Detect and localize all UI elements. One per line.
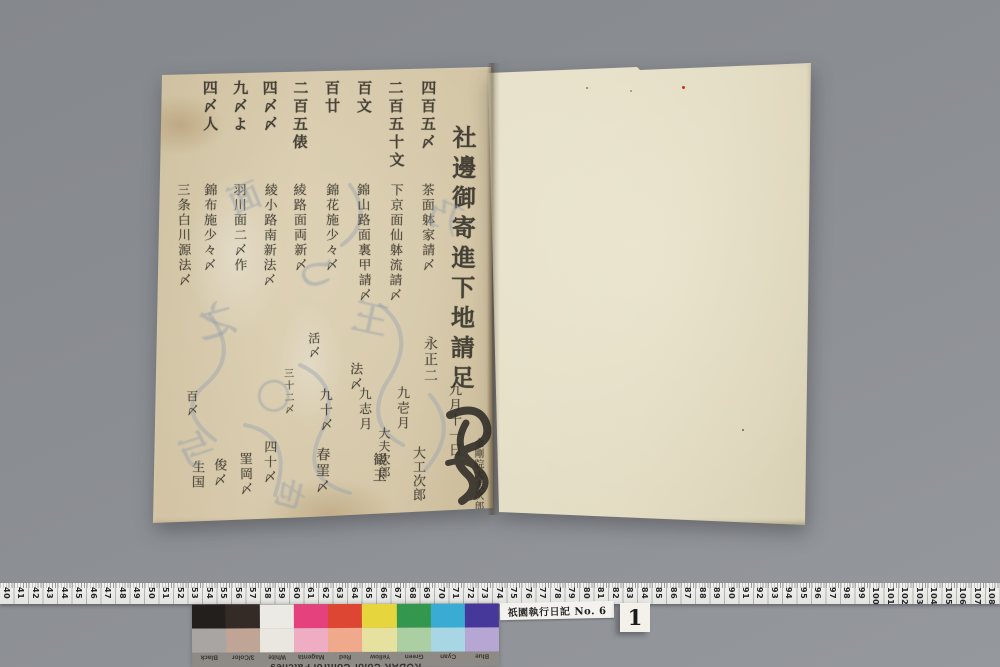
ruler-number: 103 bbox=[915, 587, 924, 605]
ruler-number: 94 bbox=[784, 587, 793, 599]
color-patch-white bbox=[260, 604, 294, 628]
page-number-card: 1 bbox=[620, 603, 650, 632]
manuscript-date-column: 九壱月 bbox=[395, 386, 408, 431]
manuscript-scatter-entry: 九十〆 bbox=[318, 388, 332, 433]
ruler-number: 55 bbox=[219, 587, 228, 599]
bleedthrough-ghost-mark: 之 bbox=[196, 296, 243, 343]
manuscript-scatter-entry: 九志月 bbox=[357, 387, 371, 432]
ruler-number: 50 bbox=[147, 587, 156, 599]
right-page-wrapper bbox=[487, 60, 813, 526]
kodak-color-strip: KODAK Color Control Patches Black3/Color… bbox=[192, 603, 499, 667]
color-patch-column bbox=[328, 604, 362, 652]
color-patch-label: Yellow bbox=[363, 652, 397, 661]
ruler-number: 46 bbox=[89, 587, 98, 599]
color-patch-label: Cyan bbox=[431, 651, 465, 660]
manuscript-entry-column: 三条白川源法〆 bbox=[175, 183, 190, 288]
manuscript-entry-column: 錦山路面裏甲請〆 bbox=[355, 183, 370, 303]
color-patch-row bbox=[192, 603, 499, 652]
ruler-number: 102 bbox=[900, 587, 909, 605]
measuring-ruler: 4041424344454647484950515253545556575859… bbox=[0, 583, 1000, 604]
color-patch-column bbox=[396, 604, 430, 652]
color-patch-green-tint bbox=[397, 628, 431, 652]
ruler-number: 99 bbox=[857, 587, 866, 599]
ruler-number: 53 bbox=[190, 587, 199, 599]
paper-speck bbox=[586, 87, 588, 89]
color-patch-column bbox=[362, 604, 396, 652]
color-patch-column bbox=[465, 603, 499, 651]
ruler-number: 89 bbox=[712, 587, 721, 599]
ruler-number: 41 bbox=[16, 587, 25, 599]
ruler-number: 95 bbox=[799, 587, 808, 599]
ruler-number: 66 bbox=[379, 587, 388, 599]
ruler-number: 63 bbox=[335, 587, 344, 599]
ruler-number: 62 bbox=[321, 587, 330, 599]
ruler-number: 52 bbox=[176, 587, 185, 599]
color-patch-red bbox=[328, 604, 362, 628]
color-patch-yellow bbox=[362, 604, 396, 628]
color-patch-black bbox=[192, 605, 226, 629]
color-patch-label: Blue bbox=[465, 651, 499, 660]
manuscript-amount-header: 九〆よ bbox=[232, 80, 248, 134]
ruler-number: 75 bbox=[509, 587, 518, 599]
manuscript-amount-header: 四百五〆 bbox=[420, 80, 436, 152]
ruler-number: 45 bbox=[74, 587, 83, 599]
color-patch-magenta-tint bbox=[294, 628, 328, 652]
manuscript-amount-header: 四〆〆 bbox=[262, 80, 278, 134]
color-patch-blue-tint bbox=[465, 627, 499, 651]
ruler-number: 74 bbox=[495, 587, 504, 599]
ruler-number: 81 bbox=[596, 587, 605, 599]
manuscript-scatter-entry: 俊〆 bbox=[212, 458, 226, 488]
left-page-wrapper: 社邊御寄進下地請足 四百五〆茶面躰家請〆二百五十文下京面仙躰流請〆百文錦山路面裏… bbox=[150, 65, 494, 527]
ruler-number: 49 bbox=[132, 587, 141, 599]
ruler-number: 40 bbox=[2, 587, 11, 599]
right-blank-page bbox=[487, 60, 813, 526]
color-patch-white-tint bbox=[260, 628, 294, 652]
photo-backdrop: { "scene": { "background": "#8b8e93", "r… bbox=[0, 0, 1000, 667]
color-patch-column bbox=[431, 603, 465, 651]
color-patch-3/color-tint bbox=[226, 628, 260, 652]
ruler-number: 64 bbox=[350, 587, 359, 599]
color-patch-column bbox=[192, 605, 226, 653]
ruler-number: 83 bbox=[625, 587, 634, 599]
ruler-number: 92 bbox=[755, 587, 764, 599]
color-patch-cyan-tint bbox=[431, 627, 465, 651]
color-patch-yellow-tint bbox=[362, 628, 396, 652]
manuscript-entry-column: 茶面躰家請〆 bbox=[420, 183, 434, 273]
ruler-number: 73 bbox=[480, 587, 489, 599]
ruler-number: 80 bbox=[582, 587, 591, 599]
color-patch-label: Black bbox=[192, 653, 226, 662]
ruler-number: 48 bbox=[118, 587, 127, 599]
manuscript-entry-column: 下京面仙躰流請〆 bbox=[387, 183, 402, 303]
manuscript-name-column: 大工次郎 bbox=[411, 446, 424, 502]
manuscript-amount-header: 四〆人 bbox=[202, 80, 218, 134]
ruler-number: 106 bbox=[958, 587, 967, 605]
ruler-number: 67 bbox=[393, 587, 402, 599]
manuscript-date-column: 永正二 bbox=[423, 336, 437, 384]
ruler-number: 96 bbox=[813, 587, 822, 599]
ruler-number: 59 bbox=[277, 587, 286, 599]
ruler-number: 56 bbox=[234, 587, 243, 599]
manuscript-title-column: 社邊御寄進下地請足 bbox=[448, 125, 474, 395]
manuscript-date-column: 九月十一日 bbox=[447, 383, 460, 458]
ruler-number: 97 bbox=[828, 587, 837, 599]
left-manuscript-page: 社邊御寄進下地請足 四百五〆茶面躰家請〆二百五十文下京面仙躰流請〆百文錦山路面裏… bbox=[150, 65, 494, 527]
ruler-number: 71 bbox=[451, 587, 460, 599]
color-patch-cyan bbox=[431, 603, 465, 627]
ruler-number: 86 bbox=[669, 587, 678, 599]
ruler-number: 100 bbox=[871, 587, 880, 605]
ruler-number: 43 bbox=[45, 587, 54, 599]
manuscript-scatter-entry: 活〆 bbox=[308, 332, 321, 360]
color-patch-label: Green bbox=[397, 652, 431, 661]
ruler-number: 78 bbox=[553, 587, 562, 599]
ruler-number: 72 bbox=[466, 587, 475, 599]
ruler-number: 69 bbox=[422, 587, 431, 599]
ruler-number: 91 bbox=[741, 587, 750, 599]
bleedthrough-ghost-mark: 也 bbox=[277, 477, 314, 514]
ruler-number: 84 bbox=[640, 587, 649, 599]
ruler-number: 76 bbox=[524, 587, 533, 599]
manuscript-amount-header: 百廿 bbox=[324, 80, 339, 116]
ruler-number: 57 bbox=[248, 587, 257, 599]
manuscript-scatter-entry: 観玉 bbox=[372, 452, 387, 484]
ruler-number: 87 bbox=[683, 587, 692, 599]
color-patch-column bbox=[226, 604, 260, 652]
color-patch-3/color bbox=[226, 604, 260, 628]
manuscript-scatter-entry: 四十〆 bbox=[262, 440, 276, 485]
ruler-number: 44 bbox=[60, 587, 69, 599]
color-patch-column bbox=[294, 604, 328, 652]
ruler-number: 47 bbox=[103, 587, 112, 599]
ruler-number: 98 bbox=[842, 587, 851, 599]
color-patch-label: Magenta bbox=[294, 652, 328, 661]
manuscript-name-column: 金剛院大夫次郎 bbox=[473, 438, 483, 512]
color-patch-magenta bbox=[294, 604, 328, 628]
paper-speck bbox=[630, 90, 632, 92]
manuscript-entry-column: 錦布施少々〆 bbox=[201, 183, 215, 273]
paper-speck bbox=[742, 429, 744, 431]
color-patch-black-tint bbox=[192, 629, 226, 653]
ruler-number: 104 bbox=[929, 587, 938, 605]
page-number: 1 bbox=[628, 605, 643, 630]
color-patch-column bbox=[260, 604, 294, 652]
ruler-number: 42 bbox=[31, 587, 40, 599]
color-patch-label: White bbox=[260, 652, 294, 661]
ruler-number: 68 bbox=[408, 587, 417, 599]
archive-label: 祇園執行日記 No. 6 bbox=[500, 601, 614, 620]
ruler-number: 90 bbox=[727, 587, 736, 599]
ruler-number: 108 bbox=[987, 587, 996, 605]
color-patch-green bbox=[396, 604, 430, 628]
red-dot-speck bbox=[682, 86, 685, 89]
ruler-number: 51 bbox=[161, 587, 170, 599]
ruler-number: 65 bbox=[364, 587, 373, 599]
manuscript-scatter-entry: 罣岡〆 bbox=[238, 452, 252, 497]
manuscript-scatter-entry: 百〆 bbox=[186, 390, 199, 418]
manuscript-amount-header: 二百五十文 bbox=[387, 80, 403, 170]
manuscript-scatter-entry: 春罣〆 bbox=[314, 447, 329, 495]
ruler-number: 88 bbox=[698, 587, 707, 599]
manuscript-amount-header: 百文 bbox=[356, 80, 372, 116]
ruler-number: 82 bbox=[611, 587, 620, 599]
ruler-number: 93 bbox=[770, 587, 779, 599]
ruler-number: 107 bbox=[973, 587, 982, 605]
ruler-number: 77 bbox=[538, 587, 547, 599]
ruler-number: 105 bbox=[944, 587, 953, 605]
ruler-number: 58 bbox=[263, 587, 272, 599]
manuscript-amount-header: 二百五俵 bbox=[291, 80, 307, 152]
color-patch-label: 3/Color bbox=[226, 652, 260, 661]
ruler-number: 61 bbox=[306, 587, 315, 599]
ruler-number: 60 bbox=[292, 587, 301, 599]
ruler-number: 101 bbox=[886, 587, 895, 605]
color-patch-blue bbox=[465, 603, 499, 627]
book-gutter-shadow bbox=[487, 63, 500, 515]
ruler-number: 70 bbox=[437, 587, 446, 599]
ruler-number: 85 bbox=[654, 587, 663, 599]
color-patch-label: Red bbox=[328, 652, 362, 661]
ruler-number: 54 bbox=[205, 587, 214, 599]
color-patch-red-tint bbox=[328, 628, 362, 652]
bleedthrough-ghost-mark: 王 bbox=[352, 297, 395, 340]
ruler-number: 79 bbox=[567, 587, 576, 599]
